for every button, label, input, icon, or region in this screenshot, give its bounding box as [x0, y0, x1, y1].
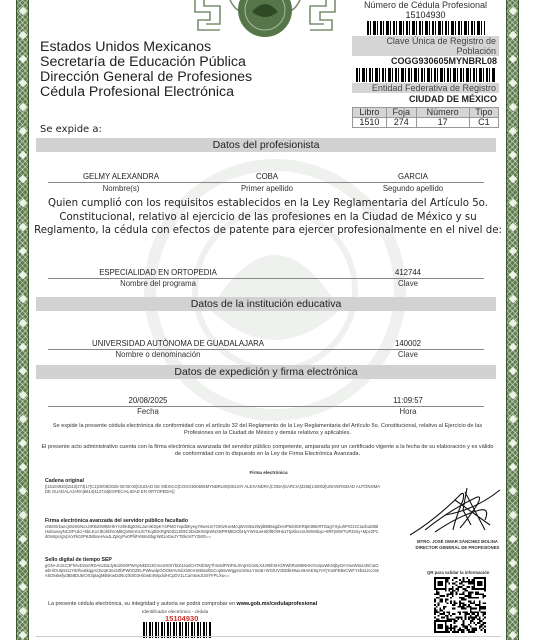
- fecha-label: Fecha: [98, 407, 198, 416]
- border-ornament-icon: [19, 103, 27, 111]
- institucion-nombre-label: Nombre o denominación: [48, 350, 268, 359]
- border-ornament-icon: [19, 7, 27, 15]
- cedula-number: 15104930: [352, 10, 499, 20]
- section-profesionista: Datos del profesionista: [36, 138, 496, 152]
- border-ornament-icon: [509, 583, 517, 591]
- border-ornament-icon: [19, 487, 27, 495]
- header-direccion: Dirección General de Profesiones: [40, 70, 252, 85]
- identification-panel: Número de Cédula Profesional 15104930 Cl…: [352, 0, 499, 128]
- border-ornament-icon: [19, 607, 27, 615]
- border-ornament-icon: [509, 367, 517, 375]
- border-ornament-icon: [509, 103, 517, 111]
- decorative-border-left: [16, 0, 29, 640]
- border-ornament-icon: [509, 487, 517, 495]
- registro-table: Libro Foja Número Tipo 1510 274 17 C1: [352, 107, 499, 128]
- border-ornament-icon: [509, 55, 517, 63]
- institucion-clave: 140002: [348, 339, 468, 348]
- border-ornament-icon: [19, 319, 27, 327]
- border-ornament-icon: [509, 511, 517, 519]
- programa-clave: 412744: [348, 268, 468, 277]
- cedula-number-label: Número de Cédula Profesional: [352, 0, 499, 10]
- verification-text: La presente cédula electrónica, su integ…: [48, 601, 317, 607]
- section-institucion: Datos de la institución educativa: [36, 297, 496, 311]
- verification-url-link[interactable]: www.gob.mx/cedulaprofesional: [237, 601, 318, 607]
- border-ornament-icon: [509, 343, 517, 351]
- segundo-apellido-value: GARCIA: [340, 172, 486, 181]
- border-ornament-icon: [19, 535, 27, 543]
- legal-paragraph-1: Se expide la presente cédula electrónica…: [40, 423, 495, 437]
- entidad-value: CIUDAD DE MÉXICO: [352, 94, 499, 105]
- qr-code-icon[interactable]: [434, 577, 486, 633]
- primer-apellido-value: COBA: [194, 172, 340, 181]
- border-ornament-icon: [19, 559, 27, 567]
- curp-label: Clave Única de Registro de Población: [352, 36, 499, 56]
- registro-numero: 17: [416, 118, 469, 128]
- border-ornament-icon: [19, 391, 27, 399]
- primer-apellido-label: Primer apellido: [194, 184, 340, 193]
- border-ornament-icon: [509, 295, 517, 303]
- institucion-clave-label: Clave: [348, 350, 468, 359]
- border-ornament-icon: [509, 223, 517, 231]
- legal-paragraph-2: El presente acto administrativo cuenta c…: [40, 444, 495, 458]
- institucion-nombre: UNIVERSIDAD AUTÓNOMA DE GUADALAJARA: [68, 339, 288, 348]
- border-ornament-icon: [19, 223, 27, 231]
- divider: [48, 182, 484, 183]
- border-ornament-icon: [509, 319, 517, 327]
- border-ornament-icon: [19, 415, 27, 423]
- sello-digital-text: gGN+Jn3cC3Fh0vD2xmRDAtUZatJy6cd0S0PWApNk…: [45, 563, 380, 578]
- divider: [36, 636, 501, 637]
- signer-title: DIRECTOR GENERAL DE PROFESIONES: [410, 545, 505, 551]
- curp-barcode-icon: [356, 68, 496, 82]
- border-ornament-icon: [509, 559, 517, 567]
- qr-label: QR para validar la información: [427, 570, 489, 575]
- programa-nombre-label: Nombre del programa: [48, 279, 268, 288]
- fecha-value: 20/08/2025: [98, 396, 198, 405]
- border-ornament-icon: [509, 271, 517, 279]
- declaration-text: Quien cumplió con los requisitos estable…: [30, 197, 506, 238]
- mexican-seal-icon: [190, 0, 340, 38]
- registro-header-numero: Número: [416, 108, 469, 118]
- issuer-header: Estados Unidos Mexicanos Secretaría de E…: [40, 40, 252, 100]
- cadena-original-text: ||15104930|1510|274|17|C1|20/08/2025 00:…: [45, 484, 380, 495]
- border-ornament-icon: [19, 199, 27, 207]
- nombre-value: GELMY ALEXANDRA: [48, 172, 194, 181]
- border-ornament-icon: [19, 127, 27, 135]
- border-ornament-icon: [19, 343, 27, 351]
- hora-value: 11:09:57: [348, 396, 468, 405]
- registro-header-foja: Foja: [386, 108, 416, 118]
- header-secretaria: Secretaría de Educación Pública: [40, 55, 252, 70]
- registro-foja: 274: [386, 118, 416, 128]
- registro-libro: 1510: [353, 118, 387, 128]
- registro-header-tipo: Tipo: [469, 108, 498, 118]
- nombre-label: Nombre(s): [48, 184, 194, 193]
- section-expedicion: Datos de expedición y firma electrónica: [36, 365, 496, 379]
- programa-nombre: ESPECIALIDAD EN ORTOPEDIA: [48, 268, 268, 277]
- border-ornament-icon: [509, 175, 517, 183]
- hora-label: Hora: [348, 407, 468, 416]
- border-ornament-icon: [19, 271, 27, 279]
- border-ornament-icon: [509, 439, 517, 447]
- verification-sentence: La presente cédula electrónica, su integ…: [48, 601, 235, 607]
- programa-clave-label: Clave: [348, 279, 468, 288]
- border-ornament-icon: [19, 31, 27, 39]
- registro-header-libro: Libro: [353, 108, 387, 118]
- firma-avanzada-text: cNI8r0rkuecjI0o9mNcxJIR8xDW8EHkYn3hKBgtO…: [45, 524, 380, 539]
- border-ornament-icon: [509, 127, 517, 135]
- border-ornament-icon: [509, 607, 517, 615]
- entidad-label: Entidad Federativa de Registro: [352, 83, 499, 93]
- border-ornament-icon: [19, 439, 27, 447]
- border-ornament-icon: [509, 79, 517, 87]
- border-ornament-icon: [509, 535, 517, 543]
- border-ornament-icon: [19, 151, 27, 159]
- signer-block: MTRO. JOSÉ OMAR SÁNCHEZ MOLINA DIRECTOR …: [410, 539, 505, 551]
- border-ornament-icon: [19, 55, 27, 63]
- border-ornament-icon: [19, 175, 27, 183]
- border-ornament-icon: [509, 31, 517, 39]
- border-ornament-icon: [509, 199, 517, 207]
- decorative-border-right: [506, 0, 519, 640]
- border-ornament-icon: [509, 391, 517, 399]
- border-ornament-icon: [19, 511, 27, 519]
- border-ornament-icon: [509, 7, 517, 15]
- handwritten-signature-icon: [405, 480, 505, 540]
- border-ornament-icon: [19, 631, 27, 639]
- se-expide-label: Se expide a:: [40, 124, 102, 135]
- registro-tipo: C1: [469, 118, 498, 128]
- curp-value: COGG930605MYNBRL08: [352, 56, 499, 67]
- border-ornament-icon: [19, 79, 27, 87]
- header-document-type: Cédula Profesional Electrónica: [40, 85, 252, 100]
- border-ornament-icon: [19, 295, 27, 303]
- border-ornament-icon: [509, 247, 517, 255]
- border-ornament-icon: [19, 247, 27, 255]
- firma-electronica-title: Firma electrónica: [0, 470, 537, 475]
- border-ornament-icon: [19, 367, 27, 375]
- cedula-barcode-icon: [367, 21, 485, 35]
- segundo-apellido-label: Segundo apellido: [340, 184, 486, 193]
- border-ornament-icon: [509, 631, 517, 639]
- border-ornament-icon: [19, 583, 27, 591]
- header-country: Estados Unidos Mexicanos: [40, 40, 252, 55]
- border-ornament-icon: [509, 415, 517, 423]
- border-ornament-icon: [509, 151, 517, 159]
